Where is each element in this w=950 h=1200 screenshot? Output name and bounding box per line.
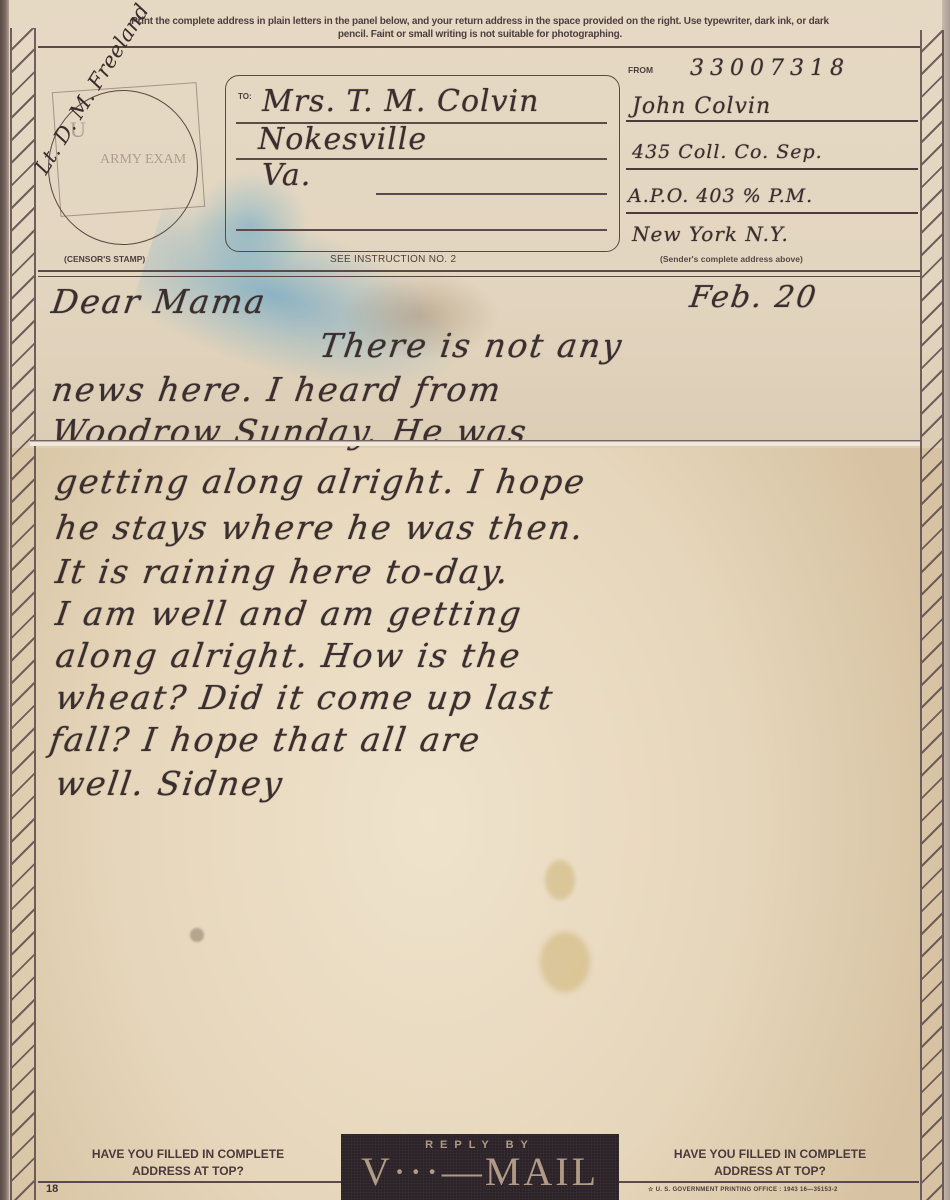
header-bottom-rule xyxy=(38,270,920,272)
form-number: 18 xyxy=(46,1183,58,1195)
sender-city: New York N.Y. xyxy=(632,222,789,246)
footer-reminder-right: HAVE YOU FILLED IN COMPLETE ADDRESS AT T… xyxy=(640,1146,900,1180)
letter-line-11-signature: well. Sidney xyxy=(53,764,286,803)
sender-address-note: (Sender's complete address above) xyxy=(660,254,803,264)
letter-line-10: fall? I hope that all are xyxy=(47,720,484,759)
sender-name: John Colvin xyxy=(632,94,771,119)
address-line-3 xyxy=(376,193,607,195)
footer-left-line-1: HAVE YOU FILLED IN COMPLETE xyxy=(58,1146,318,1163)
address-line-4 xyxy=(236,229,607,231)
scan-edge-left xyxy=(0,0,9,1200)
sender-line-2 xyxy=(626,168,918,170)
footer-right-line-2: ADDRESS AT TOP? xyxy=(640,1163,900,1180)
vmail-logo: V···—MAIL xyxy=(341,1151,619,1193)
sender-unit: 435 Coll. Co. Sep. xyxy=(632,141,823,163)
yellow-stain-upper xyxy=(545,860,575,900)
from-label: FROM xyxy=(628,65,653,75)
sender-line-1 xyxy=(626,120,918,122)
header-rule xyxy=(38,46,920,48)
recipient-state: Va. xyxy=(262,158,311,193)
vmail-letter-sheet: Print the complete address in plain lett… xyxy=(0,0,950,1200)
letter-line-1: There is not any xyxy=(317,326,625,365)
recipient-town: Nokesville xyxy=(258,122,427,157)
form-instructions: Print the complete address in plain lett… xyxy=(120,15,840,41)
to-label: TO: xyxy=(238,92,252,101)
letter-line-4: getting along alright. I hope xyxy=(53,462,589,501)
yellow-stain-lower xyxy=(540,932,590,992)
footer-right-line-1: HAVE YOU FILLED IN COMPLETE xyxy=(640,1146,900,1163)
sender-line-3 xyxy=(626,212,918,214)
see-instruction-note: SEE INSTRUCTION NO. 2 xyxy=(330,254,456,265)
reply-by-vmail-banner: REPLY BY V···—MAIL xyxy=(341,1134,619,1200)
letter-line-5: he stays where he was then. xyxy=(53,508,587,547)
sender-serial-number: 33007318 xyxy=(690,56,850,81)
footer-reminder-left: HAVE YOU FILLED IN COMPLETE ADDRESS AT T… xyxy=(58,1146,318,1180)
letter-line-2: news here. I heard from xyxy=(49,370,505,409)
footer-rule-right xyxy=(619,1181,919,1183)
letter-line-7: I am well and am getting xyxy=(53,594,525,633)
letter-line-6: It is raining here to-day. xyxy=(53,552,512,591)
footer-rule-left xyxy=(38,1181,341,1183)
fold-crease xyxy=(30,440,920,446)
header-bottom-rule-2 xyxy=(38,276,920,277)
sender-apo: A.P.O. 403 % P.M. xyxy=(628,185,813,207)
spot-stain xyxy=(190,928,204,942)
hatched-border-right xyxy=(920,30,944,1200)
letter-date: Feb. 20 xyxy=(688,280,820,315)
letter-line-8: along alright. How is the xyxy=(53,636,524,675)
letter-salutation: Dear Mama xyxy=(49,282,269,321)
footer-left-line-2: ADDRESS AT TOP? xyxy=(58,1163,318,1180)
recipient-name: Mrs. T. M. Colvin xyxy=(262,84,539,119)
censor-stamp-label: (CENSOR'S STAMP) xyxy=(64,254,145,264)
letter-line-9: wheat? Did it come up last xyxy=(53,678,557,717)
printer-imprint: ☆ U. S. GOVERNMENT PRINTING OFFICE : 194… xyxy=(648,1186,838,1193)
hatched-border-left xyxy=(10,28,36,1200)
